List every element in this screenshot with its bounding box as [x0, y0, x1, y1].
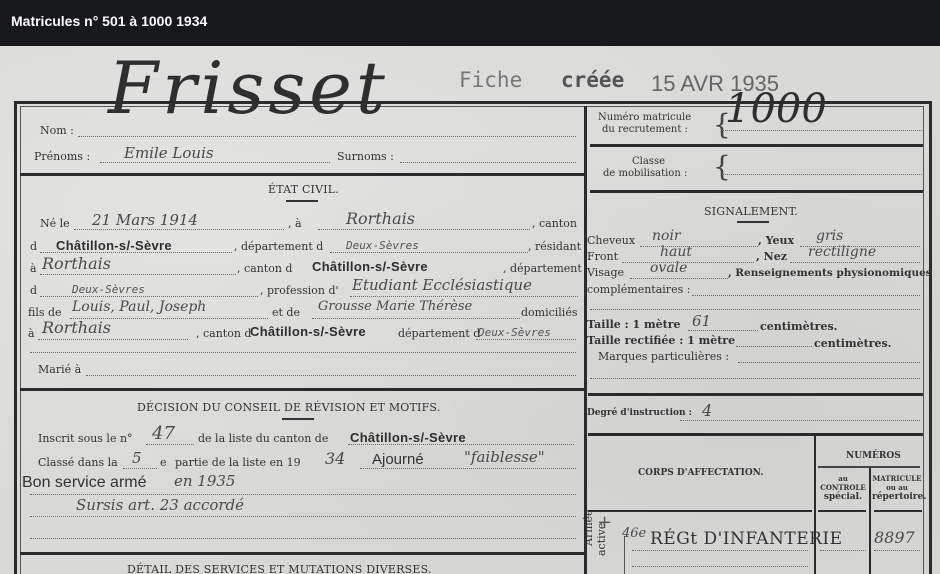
inscrit-value: 47: [152, 423, 175, 444]
decision-separator: [20, 552, 584, 555]
heading-rule: [286, 200, 318, 202]
decision-heading: DÉCISION DU CONSEIL DE RÉVISION ET MOTIF…: [137, 401, 440, 414]
profession-label: , profession d': [260, 284, 339, 297]
fiche-stamp: Fiche: [459, 68, 522, 92]
centimetres-label: centimètres.: [760, 320, 838, 333]
col-matricule-1: MATRICULE: [872, 474, 922, 483]
ne-le-label: Né le: [40, 217, 70, 230]
numero-matricule-label-2: du recrutement :: [602, 124, 688, 135]
col-controle-3: spécial.: [818, 492, 868, 503]
classe-label-1: Classe: [632, 156, 665, 167]
side-label-divider: [624, 536, 625, 574]
blank-line: [590, 309, 920, 310]
classe-separator: [590, 190, 923, 193]
corps-header-separator: [588, 510, 812, 512]
surname-handwritten: Frisset: [108, 46, 389, 130]
canton-residence: Châtillon-s/-Sèvre: [312, 259, 428, 274]
frame-right: [929, 101, 932, 574]
visage-line: [630, 278, 728, 279]
corps-value: RÉGt D'INFANTERIE: [650, 529, 843, 549]
cheveux-line: [640, 246, 758, 247]
nez-line: [790, 262, 920, 263]
col-matricule-header: MATRICULE ou au répertoire.: [872, 474, 922, 503]
mere-line: [312, 318, 520, 319]
marie-label: Marié à: [38, 363, 81, 376]
col-matricule-3: répertoire.: [872, 492, 922, 503]
numero-matricule-value: 1000: [725, 86, 827, 132]
taille-value: 61: [692, 312, 711, 330]
liste-label: de la liste du canton de: [198, 432, 328, 445]
domicile-line: [38, 339, 188, 340]
classe-line: [722, 174, 922, 175]
instruction-value: 4: [702, 401, 712, 420]
corps-line: [632, 550, 808, 551]
numero-line: [722, 130, 922, 131]
cheveux-value: noir: [652, 228, 681, 244]
signalement-heading: SIGNALEMENT.: [704, 205, 798, 218]
lieu-naissance: Rorthais: [346, 209, 415, 228]
blank-line: [590, 378, 920, 379]
blank-line: [30, 352, 576, 353]
marques-label: Marques particulières :: [598, 350, 729, 363]
complementaires-line: [692, 295, 920, 296]
nez-label: , Nez: [756, 250, 787, 263]
departement-label: , département d: [234, 240, 323, 253]
blank-line: [30, 516, 576, 517]
taille-rect-label: Taille rectifiée : 1 mètre: [587, 334, 735, 347]
matricule-header-separator: [874, 510, 922, 512]
ne-le-value: 21 Mars 1914: [92, 211, 198, 229]
partie-line: [123, 468, 157, 469]
taille-label: Taille : 1 mètre: [587, 318, 681, 331]
etat-civil-separator: [20, 388, 584, 391]
departement3-label: département d: [398, 327, 480, 340]
signalement-separator: [588, 393, 923, 396]
domicile-parents: Rorthais: [42, 318, 111, 337]
col-matricule-2: ou au: [872, 483, 922, 492]
annee-value: 34: [325, 449, 345, 468]
sursis: Sursis art. 23 accordé: [76, 496, 244, 514]
profession: Etudiant Ecclésiastique: [352, 276, 532, 294]
brace-2: {: [713, 150, 731, 183]
prenoms-value: Emile Louis: [124, 144, 214, 162]
a3-label: à: [28, 327, 35, 340]
residence: Rorthais: [42, 254, 111, 273]
front-label: Front: [587, 250, 618, 263]
col-controle-1: au: [818, 474, 868, 483]
departement-naissance: Deux-Sèvres: [346, 239, 419, 252]
matricule-line: [874, 550, 920, 551]
surnoms-label: Surnoms :: [337, 150, 394, 163]
pere: Louis, Paul, Joseph: [72, 299, 206, 315]
partie-suffix: e: [160, 456, 167, 469]
controle-header-separator: [818, 510, 866, 512]
front-value: haut: [660, 244, 692, 260]
surnoms-line: [400, 162, 576, 163]
yeux-value: gris: [816, 228, 843, 244]
complementaires-label: complémentaires :: [587, 283, 690, 296]
inscrit-label: Inscrit sous le n°: [38, 432, 133, 445]
numeros-divider: [814, 434, 816, 574]
classe-label-2: de mobilisation :: [603, 168, 687, 179]
partie-label: partie de la liste en 19: [175, 456, 301, 469]
numeros-heading: NUMÉROS: [846, 451, 901, 461]
instruction-line: [680, 420, 920, 421]
visage-value: ovale: [650, 260, 687, 276]
frame-left: [14, 101, 17, 574]
renseignements-label: , Renseignements physionomiques: [728, 267, 932, 279]
matricule-value: 8897: [874, 528, 915, 547]
profession-line: [350, 296, 578, 297]
taille-line: [688, 330, 758, 331]
canton-naissance: Châtillon-s/-Sèvre: [56, 238, 172, 253]
departement-residence: Deux-Sèvres: [72, 283, 145, 296]
visage-label: Visage: [587, 266, 624, 279]
departement-naissance-line: [330, 252, 528, 253]
viewer-header: Matricules n° 501 à 1000 1934: [0, 0, 940, 46]
a2-label: à: [30, 262, 37, 275]
inscrit-line: [146, 444, 194, 445]
instruction-separator: [588, 433, 923, 436]
side-label-armee: Armée: [582, 509, 595, 546]
canton3-label: , canton d: [196, 327, 251, 340]
departement-parents: Deux-Sèvres: [478, 326, 551, 339]
col-controle-2: CONTROLE: [818, 483, 868, 492]
services-heading: DÉTAIL DES SERVICES ET MUTATIONS DIVERSE…: [127, 563, 432, 574]
motif: "faiblesse": [464, 448, 545, 466]
motif-line: [360, 468, 576, 469]
bon-service: Bon service armé: [22, 474, 147, 492]
departement-parents-line: [476, 339, 576, 340]
document-title: Matricules n° 501 à 1000 1934: [11, 13, 207, 29]
a-label: , à: [288, 217, 302, 230]
marie-line: [86, 375, 576, 376]
ajourne: Ajourné: [372, 451, 424, 468]
numeros-subdivider: [869, 468, 871, 574]
controle-line: [820, 550, 866, 551]
blank-line: [632, 566, 808, 567]
instruction-label: Degré d'instruction :: [587, 408, 692, 418]
departement2-label: , département: [503, 262, 582, 275]
ne-le-line: [74, 229, 284, 230]
blank-line: [30, 538, 576, 539]
lieu-line: [318, 229, 530, 230]
d-label: d: [30, 240, 37, 253]
heading-rule: [737, 221, 769, 223]
matricule-separator: [590, 144, 923, 147]
col-controle-header: au CONTROLE spécial.: [818, 474, 868, 503]
d2-label: d: [30, 284, 37, 297]
centimetres2-label: centimètres.: [814, 337, 892, 350]
bon-service-annee: en 1935: [174, 472, 235, 490]
residant-label: , résidant: [528, 240, 581, 253]
prenoms-label: Prénoms :: [34, 150, 90, 163]
corps-heading: CORPS D'AFFECTATION.: [638, 468, 763, 478]
departement-residence-line: [40, 296, 258, 297]
domicilies-label: domiciliés: [521, 306, 577, 319]
heading-rule: [282, 418, 314, 420]
nom-line: [78, 136, 576, 137]
partie-value: 5: [132, 449, 142, 467]
cheveux-label: Cheveux: [587, 234, 635, 247]
front-line: [622, 262, 754, 263]
numero-matricule-label-1: Numéro matricule: [598, 112, 691, 123]
et-de-label: et de: [272, 306, 300, 319]
taille-rect-line: [736, 346, 812, 347]
nez-value: rectiligne: [808, 244, 876, 260]
classe-dans-label: Classé dans la: [38, 456, 118, 469]
etat-civil-heading: ÉTAT CIVIL.: [268, 183, 339, 196]
frame-left-inner: [20, 106, 21, 574]
blank-line: [30, 494, 576, 495]
residence-line: [40, 274, 236, 275]
canton-d-label: , canton d: [237, 262, 292, 275]
identity-separator: [20, 173, 584, 176]
prenoms-line: [100, 162, 330, 163]
marques-line: [738, 362, 920, 363]
creee-stamp: créée: [561, 68, 624, 92]
decision-canton: Châtillon-s/-Sèvre: [350, 430, 466, 445]
canton-parents: Châtillon-s/-Sèvre: [250, 324, 366, 339]
document-scan: Fiche créée 15 AVR 1935 Frisset Nom : Pr…: [0, 46, 940, 574]
mere: Grousse Marie Thérèse: [318, 299, 472, 314]
frame-right-inner: [923, 106, 924, 574]
nom-label: Nom :: [40, 124, 74, 137]
canton-label: , canton: [532, 217, 577, 230]
regiment-number: 46e: [622, 526, 646, 541]
yeux-label: , Yeux: [758, 234, 794, 247]
cross-mark: +: [597, 512, 612, 533]
